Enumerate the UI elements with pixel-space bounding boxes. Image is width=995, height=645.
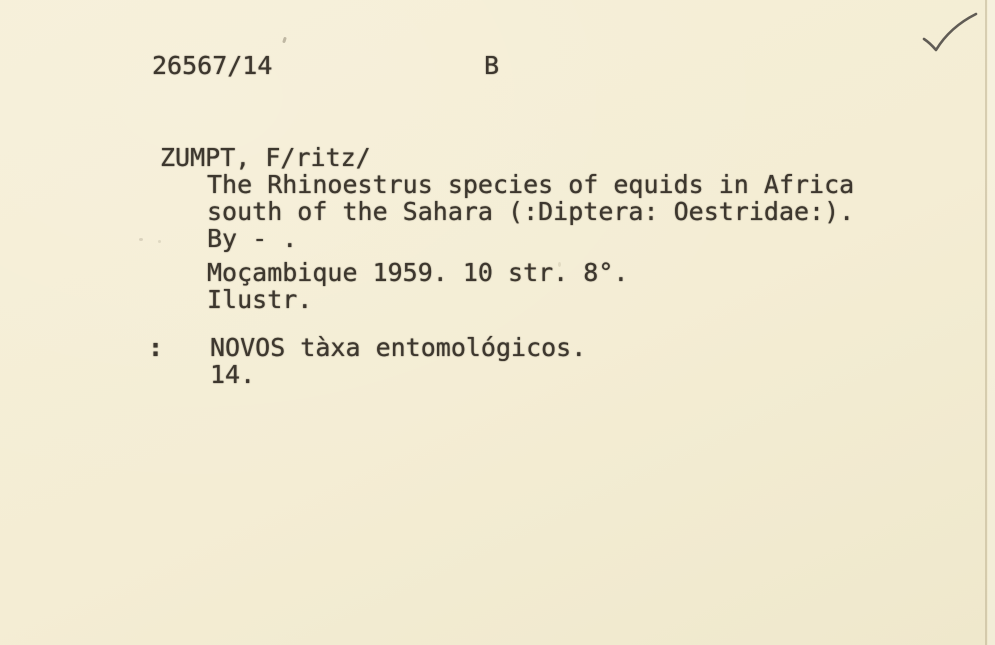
paper-speckle [558,262,561,267]
paper-speckle [158,240,161,243]
card-edge-line [985,0,987,645]
series-number: 14. [210,361,255,388]
author-heading: ZUMPT, F/ritz/ [160,144,371,171]
imprint-line: Moçambique 1959. 10 str. 8°. [207,259,628,286]
call-number: 26567/14 [152,52,272,79]
scan-edge-highlight [988,0,995,645]
series-title: NOVOS tàxa entomológicos. [210,334,586,361]
title-line-1: The Rhinoestrus species of equids in Afr… [207,171,854,198]
by-statement: By - . [207,225,297,252]
series-marker: : [148,334,163,361]
handwritten-check-icon [920,11,982,59]
paper-speckle [139,238,143,241]
catalog-card: { "colors": { "paper": "#f4edd4", "ink":… [0,0,995,645]
illustration-note: Ilustr. [207,286,312,313]
paper-speckle [282,37,287,44]
title-line-2: south of the Sahara (:Diptera: Oestridae… [207,198,854,225]
section-letter: B [484,52,499,79]
